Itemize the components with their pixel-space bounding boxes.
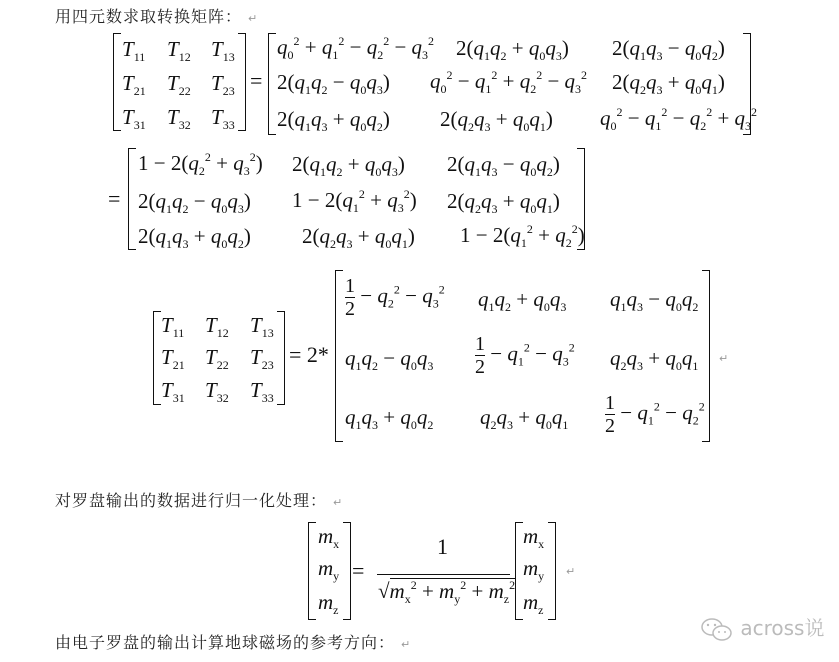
t21: T21 (122, 71, 146, 99)
bracket-right (238, 33, 246, 131)
t23: T23 (250, 345, 274, 373)
mz: mz (318, 590, 339, 618)
s21: 2(q1q2 − q0q3) (138, 189, 251, 217)
bracket-right (343, 522, 351, 620)
mz: mz (523, 590, 544, 618)
heading-text: 对罗盘输出的数据进行归一化处理： (55, 491, 327, 510)
denominator: √mx2 + my2 + mz2 (378, 578, 515, 607)
t31: T31 (122, 105, 146, 133)
r22: q02 − q12 + q22 − q32 (430, 68, 587, 97)
t13: T13 (250, 313, 274, 341)
t23: T23 (211, 71, 235, 99)
my: my (523, 556, 544, 584)
u32: q2q3 + q0q1 (480, 405, 568, 433)
bracket-right (277, 311, 285, 405)
wechat-icon (700, 617, 734, 643)
equals-sign: = (352, 558, 364, 584)
s11: 1 − 2(q22 + q32) (138, 150, 263, 179)
r31: 2(q1q3 + q0q2) (277, 107, 390, 135)
t32: T32 (167, 105, 191, 133)
r12: 2(q1q2 + q0q3) (456, 36, 569, 64)
u31: q1q3 + q0q2 (345, 405, 433, 433)
r21: 2(q1q2 − q0q3) (277, 70, 390, 98)
heading-text: 由电子罗盘的输出计算地球磁场的参考方向： (55, 633, 395, 652)
s22: 1 − 2(q12 + q32) (292, 187, 417, 216)
fraction-bar (377, 574, 510, 575)
u13: q1q3 − q0q2 (610, 287, 698, 315)
t22: T22 (167, 71, 191, 99)
u21: q1q2 − q0q3 (345, 346, 433, 374)
u23: q2q3 + q0q1 (610, 346, 698, 374)
s33: 1 − 2(q12 + q22) (460, 222, 585, 251)
heading-text: 用四元数求取转换矩阵： (55, 7, 242, 26)
u11: 12 − q22 − q32 (345, 275, 445, 320)
t12: T12 (167, 37, 191, 65)
equals-sign: = (108, 186, 120, 212)
return-mark-icon: ↵ (333, 496, 343, 509)
mx: mx (318, 524, 339, 552)
s23: 2(q2q3 + q0q1) (447, 189, 560, 217)
t31: T31 (161, 378, 185, 406)
heading-reference-direction: 由电子罗盘的输出计算地球磁场的参考方向：↵ (55, 630, 411, 653)
equals-sign: = 2* (289, 342, 329, 368)
s13: 2(q1q3 − q0q2) (447, 152, 560, 180)
return-mark-icon: ↵ (401, 638, 411, 651)
t11: T11 (161, 313, 184, 341)
u12: q1q2 + q0q3 (478, 287, 566, 315)
bracket-right (548, 522, 556, 620)
heading-normalize: 对罗盘输出的数据进行归一化处理：↵ (55, 488, 343, 511)
t11: T11 (122, 37, 145, 65)
mx: mx (523, 524, 544, 552)
u22: 12 − q12 − q32 (475, 333, 575, 378)
bracket-left (268, 33, 276, 135)
return-mark-icon: ↵ (566, 565, 575, 578)
t32: T32 (205, 378, 229, 406)
my: my (318, 556, 339, 584)
bracket-right (743, 33, 751, 135)
r33: q02 − q12 − q22 + q32 (600, 105, 757, 134)
bracket-left (515, 522, 523, 620)
u33: 12 − q12 − q22 (605, 392, 705, 437)
r13: 2(q1q3 − q0q2) (612, 36, 725, 64)
bracket-left (335, 270, 343, 442)
equals-sign: = (250, 68, 262, 94)
watermark-text: across说 (740, 616, 824, 640)
t21: T21 (161, 345, 185, 373)
bracket-left (153, 311, 161, 405)
watermark: across说 (700, 612, 824, 643)
r23: 2(q2q3 + q0q1) (612, 70, 725, 98)
t33: T33 (211, 105, 235, 133)
bracket-left (308, 522, 316, 620)
return-mark-icon: ↵ (248, 12, 258, 25)
bracket-left (128, 148, 136, 250)
r11: q02 + q12 − q22 − q32 (277, 34, 434, 63)
heading-quaternion-matrix: 用四元数求取转换矩阵：↵ (55, 4, 258, 27)
bracket-left (113, 33, 121, 131)
return-mark-icon: ↵ (719, 352, 728, 365)
r32: 2(q2q3 + q0q1) (440, 107, 553, 135)
bracket-right (702, 270, 710, 442)
t12: T12 (205, 313, 229, 341)
s31: 2(q1q3 + q0q2) (138, 224, 251, 252)
t13: T13 (211, 37, 235, 65)
t22: T22 (205, 345, 229, 373)
s32: 2(q2q3 + q0q1) (302, 224, 415, 252)
t33: T33 (250, 378, 274, 406)
numerator: 1 (375, 534, 510, 560)
bracket-right (577, 148, 585, 250)
s12: 2(q1q2 + q0q3) (292, 152, 405, 180)
